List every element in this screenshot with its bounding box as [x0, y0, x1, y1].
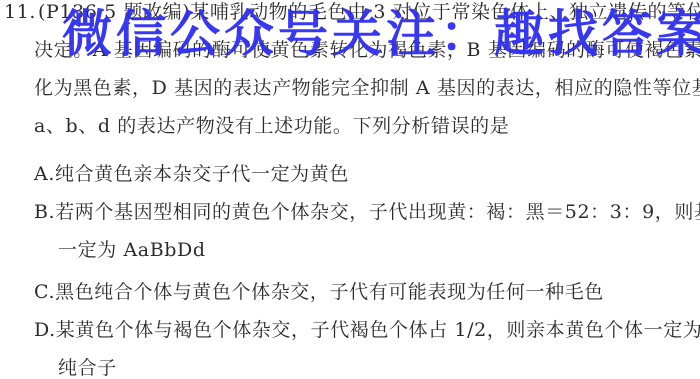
question-stem-line-3: 化为黑色素，D 基因的表达产物能完全抑制 A 基因的表达，相应的隐性等位基因 — [34, 76, 700, 100]
watermark-overlay: 微信公众号关注：趣找答案 — [62, 6, 700, 62]
question-number: 11. — [4, 1, 36, 23]
option-c-text: 黑色纯合个体与黄色个体杂交，子代有可能表现为任何一种毛色 — [55, 281, 604, 303]
option-b-label: B. — [34, 201, 55, 223]
option-a[interactable]: A.纯合黄色亲本杂交子代一定为黄色 — [34, 162, 349, 186]
option-a-text: 纯合黄色亲本杂交子代一定为黄色 — [55, 163, 349, 185]
question-stem-line-4: a、b、d 的表达产物没有上述功能。下列分析错误的是 — [34, 114, 509, 138]
option-d-label: D. — [34, 319, 56, 341]
option-d[interactable]: D.某黄色个体与褐色个体杂交，子代褐色个体占 1/2，则亲本黄色个体一定为隐性 — [34, 318, 700, 342]
option-c-label: C. — [34, 281, 55, 303]
option-b-continuation: 一定为 AaBbDd — [58, 238, 206, 262]
option-d-continuation: 纯合子 — [58, 356, 117, 379]
exam-question-page: 11.(P136 5 题改编)某哺乳动物的毛色由 3 对位于常染色体上、独立遗传… — [0, 0, 700, 379]
option-b[interactable]: B.若两个基因型相同的黄色个体杂交，子代出现黄：褐：黑＝52：3：9，则基因型 — [34, 200, 700, 224]
option-c[interactable]: C.黑色纯合个体与黄色个体杂交，子代有可能表现为任何一种毛色 — [34, 280, 604, 304]
option-a-label: A. — [34, 163, 55, 185]
option-d-text: 某黄色个体与褐色个体杂交，子代褐色个体占 1/2，则亲本黄色个体一定为隐性 — [56, 319, 700, 341]
option-b-text: 若两个基因型相同的黄色个体杂交，子代出现黄：褐：黑＝52：3：9，则基因型 — [55, 201, 700, 223]
